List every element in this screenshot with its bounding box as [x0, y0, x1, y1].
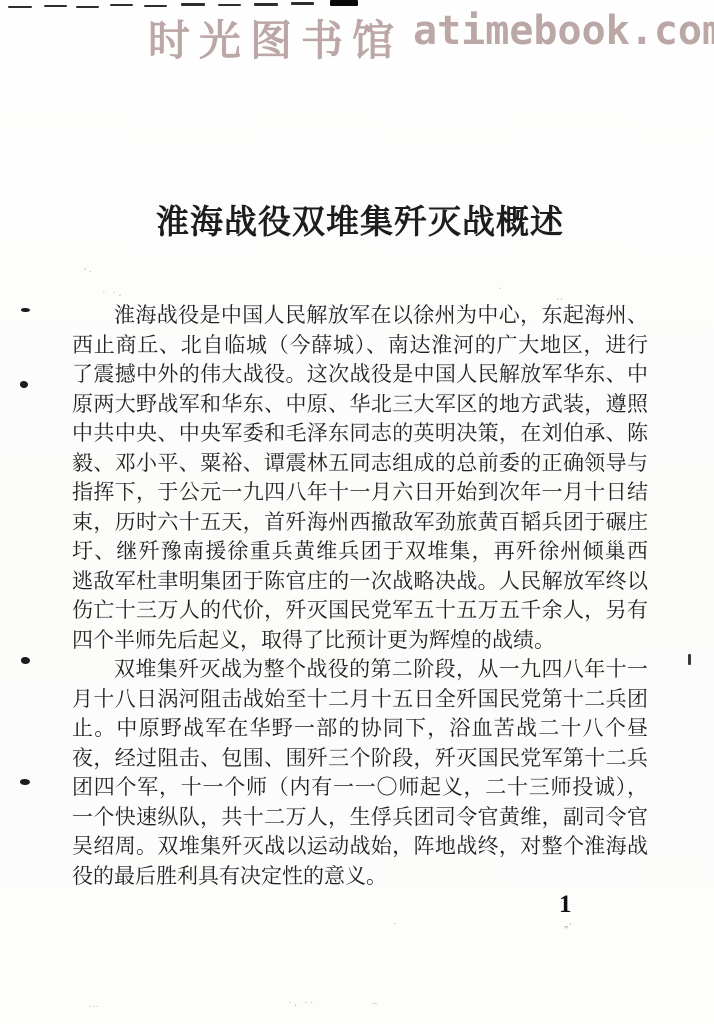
text-line: 了震撼中外的伟大战役。这次战役是中国人民解放军华东、中 — [72, 360, 648, 390]
text-line: 月十八日涡河阻击战始至十二月十五日全歼国民党第十二兵团 — [72, 685, 648, 715]
page-number: 1 — [559, 891, 572, 919]
text-line: 双堆集歼灭战为整个战役的第二阶段，从一九四八年十一 — [72, 655, 648, 685]
text-line: 圩、继歼豫南援徐重兵黄维兵团于双堆集，再歼徐州倾巢西 — [72, 537, 648, 567]
watermark-cjk-text: 时光图书馆 — [148, 16, 403, 65]
chapter-title: 淮海战役双堆集歼灭战概述 — [72, 196, 648, 243]
text-line: 西止商丘、北自临城（今薛城）、南达淮河的广大地区，进行 — [72, 331, 648, 361]
text-line: 吴绍周。双堆集歼灭战以运动战始，阵地战终，对整个淮海战 — [72, 832, 648, 862]
scanned-book-page: 时光图书馆atimebook.com 淮海战役双堆集歼灭战概述 淮海战役是中国人… — [0, 0, 714, 1024]
margin-speck — [21, 657, 30, 664]
margin-speck — [20, 779, 30, 785]
text-line: 役的最后胜利具有决定性的意义。 — [72, 862, 648, 892]
text-line: 淮海战役是中国人民解放军在以徐州为中心，东起海州、 — [72, 301, 648, 331]
page-number-smudge: „· — [564, 919, 573, 929]
text-line: 束，历时六十五天，首歼海州西撤敌军劲旅黄百韬兵团于碾庄 — [72, 508, 648, 538]
margin-speck — [20, 381, 28, 388]
text-line: 逃敌军杜聿明集团于陈官庄的一次战略决战。人民解放军终以 — [72, 567, 648, 597]
bottom-smudge: ·․ ·· — [288, 996, 315, 1009]
watermark-site-text: atimebook.com — [413, 8, 714, 54]
text-line: 团四个军，十一个师（内有一一〇师起义，二十三师投诚）， — [72, 773, 648, 803]
text-line: 指挥下，于公元一九四八年十一月六日开始到次年一月十日结 — [72, 478, 648, 508]
text-line: 一个快速纵队，共十二万人，生俘兵团司令官黄维，副司令官 — [72, 803, 648, 833]
text-line: 四个半师先后起义，取得了比预计更为辉煌的战绩。 — [72, 626, 648, 656]
faint-smudge: · — [498, 283, 504, 295]
paragraphs: 淮海战役是中国人民解放军在以徐州为中心，东起海州、西止商丘、北自临城（今薛城）、… — [72, 301, 648, 891]
text-line: 原两大野战军和华东、中原、华北三大军区的地方武装，遵照 — [72, 390, 648, 420]
faint-smudge: · — [393, 918, 399, 930]
faint-smudge: · ·․ — [102, 286, 124, 299]
text-line: 止。中原野战军在华野一部的协同下，浴血苦战二十八个昼 — [72, 714, 648, 744]
text-line: 中共中央、中央军委和毛泽东同志的英明决策，在刘伯承、陈 — [72, 419, 648, 449]
text-line: 毅、邓小平、粟裕、谭震林五同志组成的总前委的正确领导与 — [72, 449, 648, 479]
margin-speck — [21, 308, 30, 312]
watermark: 时光图书馆atimebook.com — [148, 8, 714, 68]
faint-smudge: ‥ — [556, 290, 565, 303]
text-line: 伤亡十三万人的代价，歼灭国民党军五十五万五千余人，另有 — [72, 596, 648, 626]
bottom-smudge: … — [88, 998, 101, 1010]
text-line: 夜，经过阻击、包围、围歼三个阶段，歼灭国民党军第十二兵 — [72, 744, 648, 774]
bottom-smudge: – — [372, 997, 380, 1009]
faint-smudge: ′· — [84, 266, 94, 278]
right-margin-tick — [688, 654, 691, 665]
